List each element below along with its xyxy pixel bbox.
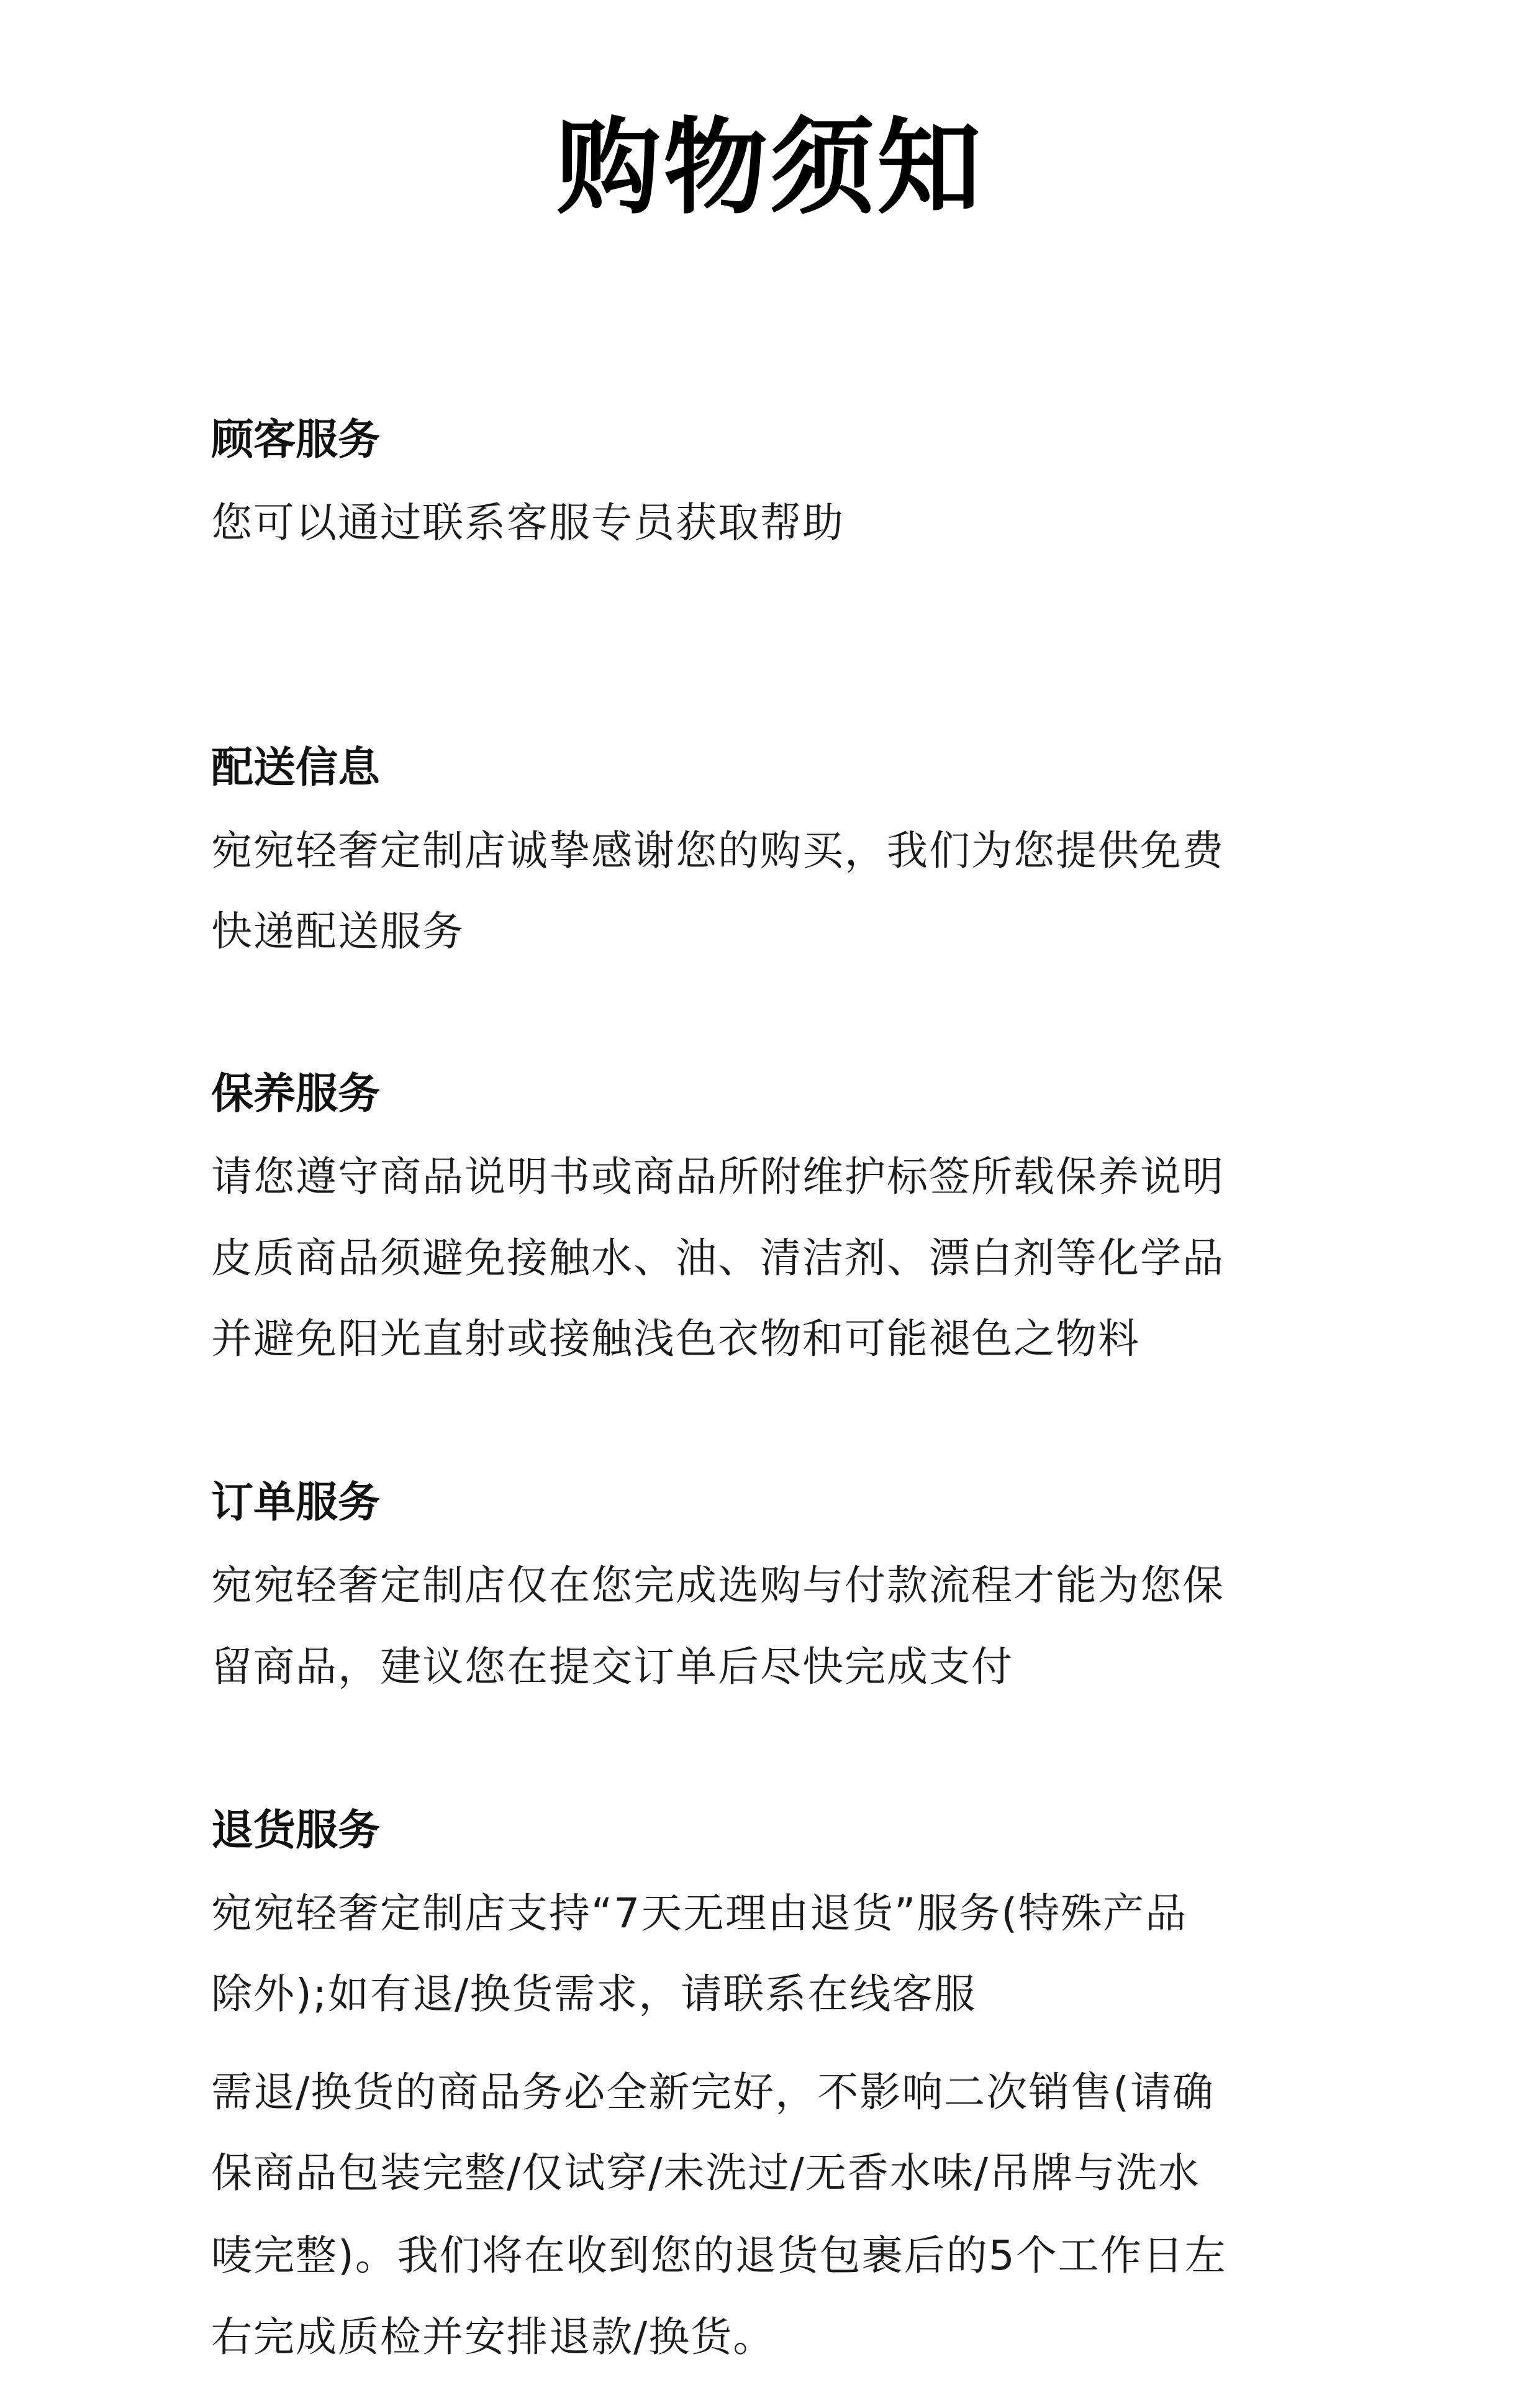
section-heading: 保养服务 bbox=[211, 1070, 380, 1119]
section-text-line: 请您遵守商品说明书或商品所附维护标签所载保养说明 bbox=[211, 1152, 1225, 1202]
section-text-line: 并避免阳光直射或接触浅色衣物和可能褪色之物料 bbox=[211, 1314, 1140, 1364]
section-text-line: 快递配送服务 bbox=[211, 907, 464, 956]
page-title: 购物须知 bbox=[0, 106, 1540, 230]
section-text-line: 右完成质检并安排退款/换货。 bbox=[211, 2312, 775, 2362]
section-text-line: 除外);如有退/换货需求，请联系在线客服 bbox=[211, 1969, 976, 2019]
section-heading: 订单服务 bbox=[211, 1478, 380, 1528]
section-text-line: 保商品包装完整/仅试穿/未洗过/无香水味/吊牌与洗水 bbox=[211, 2148, 1200, 2198]
section-text-line: 宛宛轻奢定制店仅在您完成选购与付款流程才能为您保 bbox=[211, 1561, 1225, 1610]
section-text-line: 您可以通过联系客服专员获取帮助 bbox=[211, 498, 845, 548]
section-text-line: 需退/换货的商品务必全新完好，不影响二次销售(请确 bbox=[211, 2068, 1215, 2117]
section-text-line: 宛宛轻奢定制店诚挚感谢您的购买，我们为您提供免费 bbox=[211, 826, 1225, 876]
section-text-line: 宛宛轻奢定制店支持“7天无理由退货”服务(特殊产品 bbox=[211, 1889, 1187, 1938]
section-text-line: 皮质商品须避免接触水、油、清洁剂、漂白剂等化学品 bbox=[211, 1233, 1225, 1283]
section-heading: 配送信息 bbox=[211, 743, 380, 793]
section-text-line: 留商品，建议您在提交订单后尽快完成支付 bbox=[211, 1642, 1013, 1692]
section-heading: 退货服务 bbox=[211, 1806, 380, 1856]
section-text-line: 唛完整)。我们将在收到您的退货包裹后的5个工作日左 bbox=[211, 2231, 1227, 2281]
section-heading: 顾客服务 bbox=[211, 416, 380, 465]
